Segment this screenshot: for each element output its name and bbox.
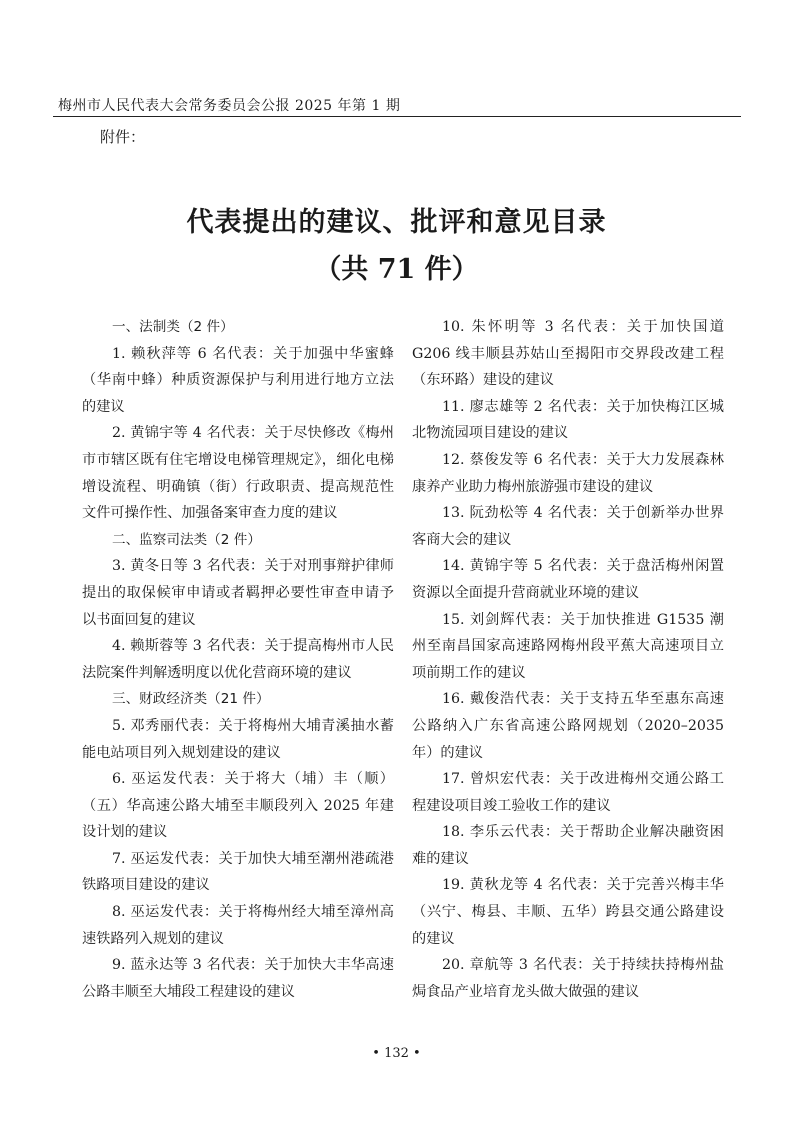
running-header: 梅州市人民代表大会常务委员会公报 2025 年第 1 期	[58, 95, 400, 115]
list-item: 11. 廖志雄等 2 名代表：关于加快梅江区城北物流园项目建设的建议	[412, 394, 724, 447]
list-item: 3. 黄冬日等 3 名代表：关于对刑事辩护律师提出的取保候审申请或者羁押必要性审…	[82, 553, 394, 633]
header-rule	[53, 116, 741, 117]
list-item: 7. 巫运发代表：关于加快大埔至潮州港疏港铁路项目建设的建议	[82, 846, 394, 899]
list-item: 1. 赖秋萍等 6 名代表：关于加强中华蜜蜂（华南中蜂）种质资源保护与利用进行地…	[82, 341, 394, 421]
section-heading-supervision-judicial: 二、监察司法类（2 件）	[82, 527, 394, 554]
list-item: 13. 阮劲松等 4 名代表：关于创新举办世界客商大会的建议	[412, 500, 724, 553]
list-item: 5. 邓秀丽代表：关于将梅州大埔青溪抽水蓄能电站项目列入规划建设的建议	[82, 713, 394, 766]
list-item: 17. 曾炽宏代表：关于改进梅州交通公路工程建设项目竣工验收工作的建议	[412, 766, 724, 819]
list-item: 2. 黄锦宇等 4 名代表：关于尽快修改《梅州市市辖区既有住宅增设电梯管理规定》…	[82, 420, 394, 526]
page-number: • 132 •	[0, 1046, 793, 1061]
list-item: 18. 李乐云代表：关于帮助企业解决融资困难的建议	[412, 819, 724, 872]
document-count: （共 71 件）	[0, 247, 793, 286]
list-item: 12. 蔡俊发等 6 名代表：关于大力发展森林康养产业助力梅州旅游强市建设的建议	[412, 447, 724, 500]
list-item: 8. 巫运发代表：关于将梅州经大埔至漳州高速铁路列入规划的建议	[82, 899, 394, 952]
document-title: 代表提出的建议、批评和意见目录	[0, 200, 793, 239]
list-item: 10. 朱怀明等 3 名代表：关于加快国道 G206 线丰顺县苏姑山至揭阳市交界…	[412, 314, 724, 394]
section-heading-legal: 一、法制类（2 件）	[82, 314, 394, 341]
list-item: 20. 章航等 3 名代表：关于持续扶持梅州盐焗食品产业培育龙头做大做强的建议	[412, 952, 724, 1005]
list-item: 19. 黄秋龙等 4 名代表：关于完善兴梅丰华（兴宁、梅县、丰顺、五华）跨县交通…	[412, 872, 724, 952]
list-item: 14. 黄锦宇等 5 名代表：关于盘活梅州闲置资源以全面提升营商就业环境的建议	[412, 553, 724, 606]
list-item: 9. 蓝永达等 3 名代表：关于加快大丰华高速公路丰顺至大埔段工程建设的建议	[82, 952, 394, 1005]
list-item: 15. 刘剑辉代表：关于加快推进 G1535 潮州至南昌国家高速路网梅州段平蕉大…	[412, 607, 724, 687]
list-item: 4. 赖斯蓉等 3 名代表：关于提高梅州市人民法院案件判解透明度以优化营商环境的…	[82, 633, 394, 686]
attachment-label: 附件：	[100, 126, 145, 147]
left-column: 一、法制类（2 件） 1. 赖秋萍等 6 名代表：关于加强中华蜜蜂（华南中蜂）种…	[82, 314, 394, 1005]
section-heading-finance-economy: 三、财政经济类（21 件）	[82, 686, 394, 713]
list-item: 16. 戴俊浩代表：关于支持五华至惠东高速公路纳入广东省高速公路网规划（2020…	[412, 686, 724, 766]
list-item: 6. 巫运发代表：关于将大（埔）丰（顺）（五）华高速公路大埔至丰顺段列入 202…	[82, 766, 394, 846]
right-column: 10. 朱怀明等 3 名代表：关于加快国道 G206 线丰顺县苏姑山至揭阳市交界…	[412, 314, 724, 1005]
